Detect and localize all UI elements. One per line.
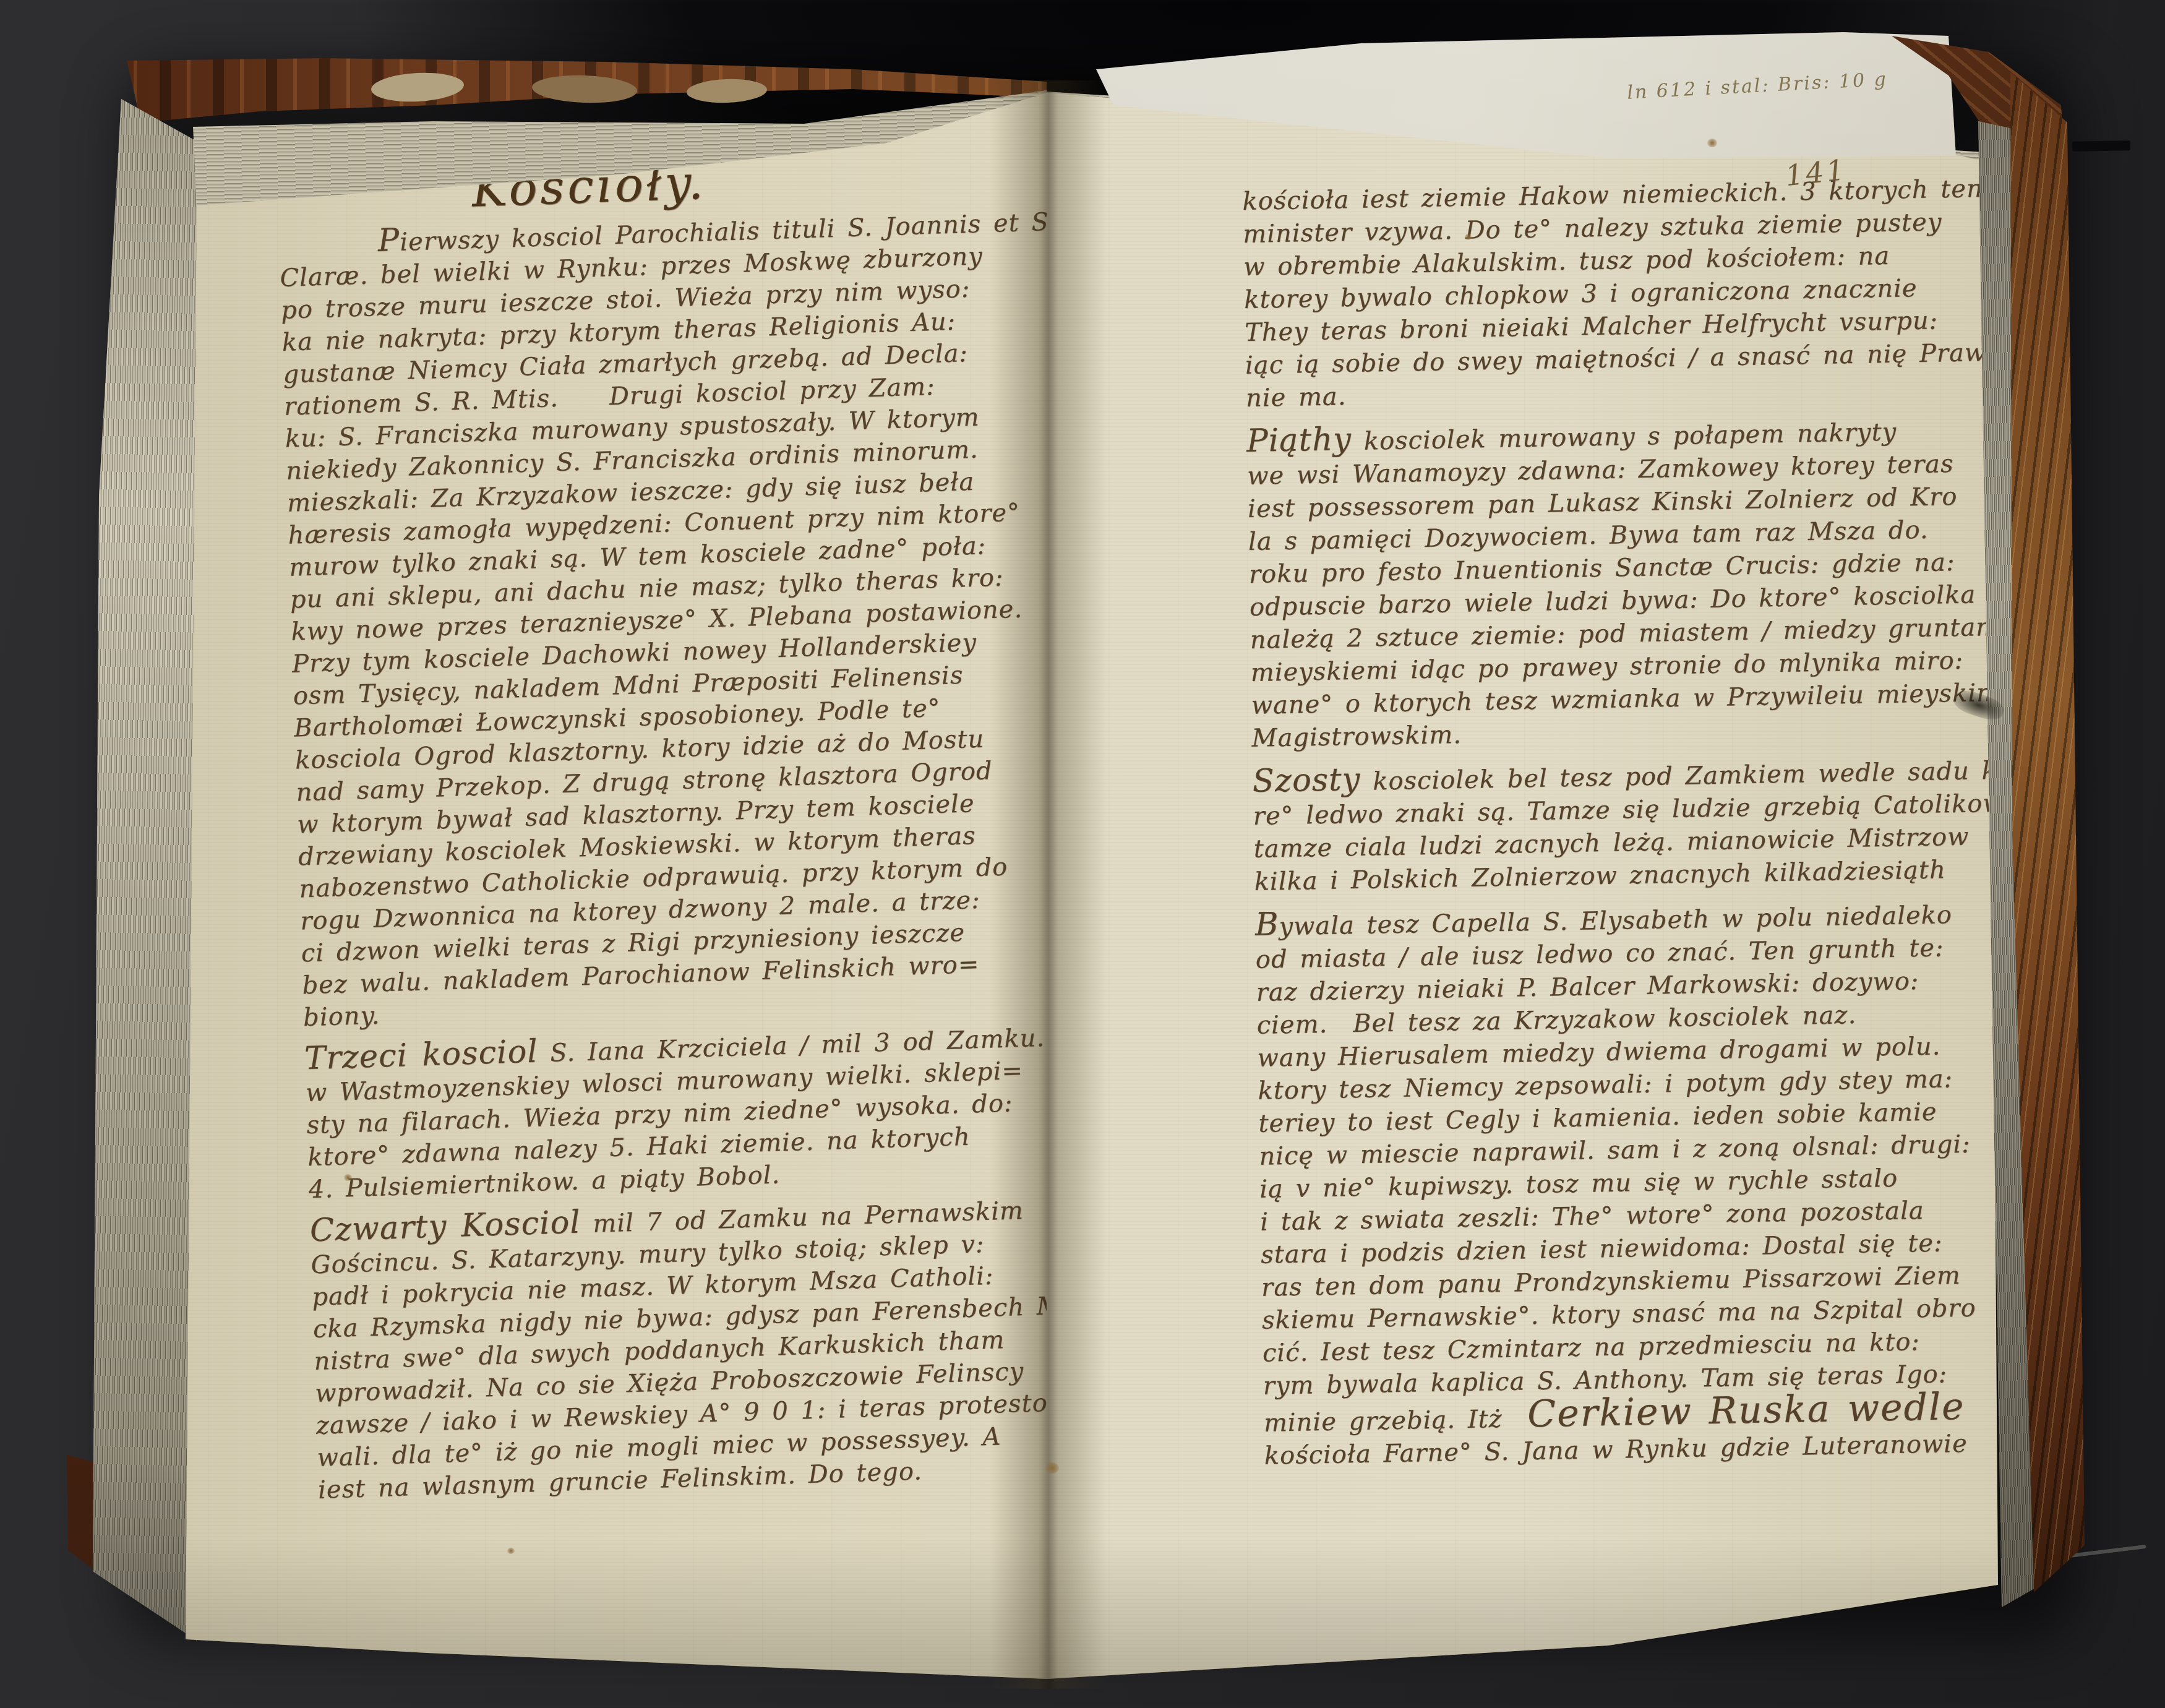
text-run: minie grzebią. Itż <box>1264 1404 1528 1437</box>
paragraph-block: kościoła iest ziemie Hakow niemieckich. … <box>1242 173 2007 415</box>
gutter-shadow <box>990 80 1107 1689</box>
paragraph-block: Pierwszy kosciol Parochialis tituli S. J… <box>278 203 1089 1034</box>
stain <box>344 1174 352 1181</box>
paragraph-block: Szosty kosciolek bel tesz pod Zamkiem we… <box>1252 752 2015 898</box>
stain <box>1045 1462 1059 1474</box>
paragraph-block: Piąthy kosciolek murowany s połapem nakr… <box>1246 411 2013 755</box>
stain <box>507 1548 515 1554</box>
text-run: Magistrowskim. <box>1251 721 1462 753</box>
paragraph-block: Trzeci kosciol S. Iana Krzciciela / mil … <box>304 1018 1094 1206</box>
paragraph-block: Czwarty Kosciol mil 7 od Zamku na Pernaw… <box>309 1190 1104 1506</box>
stain <box>1707 139 1717 147</box>
paragraph-block: Bywala tesz Capella S. Elysabeth w polu … <box>1254 895 2025 1472</box>
text-run: biony. <box>302 1001 380 1032</box>
background-mark <box>2072 140 2130 152</box>
text-run: Piąthy <box>1246 421 1352 460</box>
text-run: Szosty <box>1252 761 1361 800</box>
right-page-text: kościoła iest ziemie Hakow niemieckich. … <box>1242 173 2025 1483</box>
left-page-text: Pierwszy kosciol Parochialis tituli S. J… <box>278 203 1104 1515</box>
stain <box>1465 234 1472 240</box>
text-run: nie ma. <box>1246 382 1347 413</box>
text-run: P <box>377 221 400 259</box>
text-run: B <box>1254 906 1279 943</box>
manuscript-photograph: Kośćioły. Pierwszy kosciol Parochialis t… <box>0 0 2165 1708</box>
